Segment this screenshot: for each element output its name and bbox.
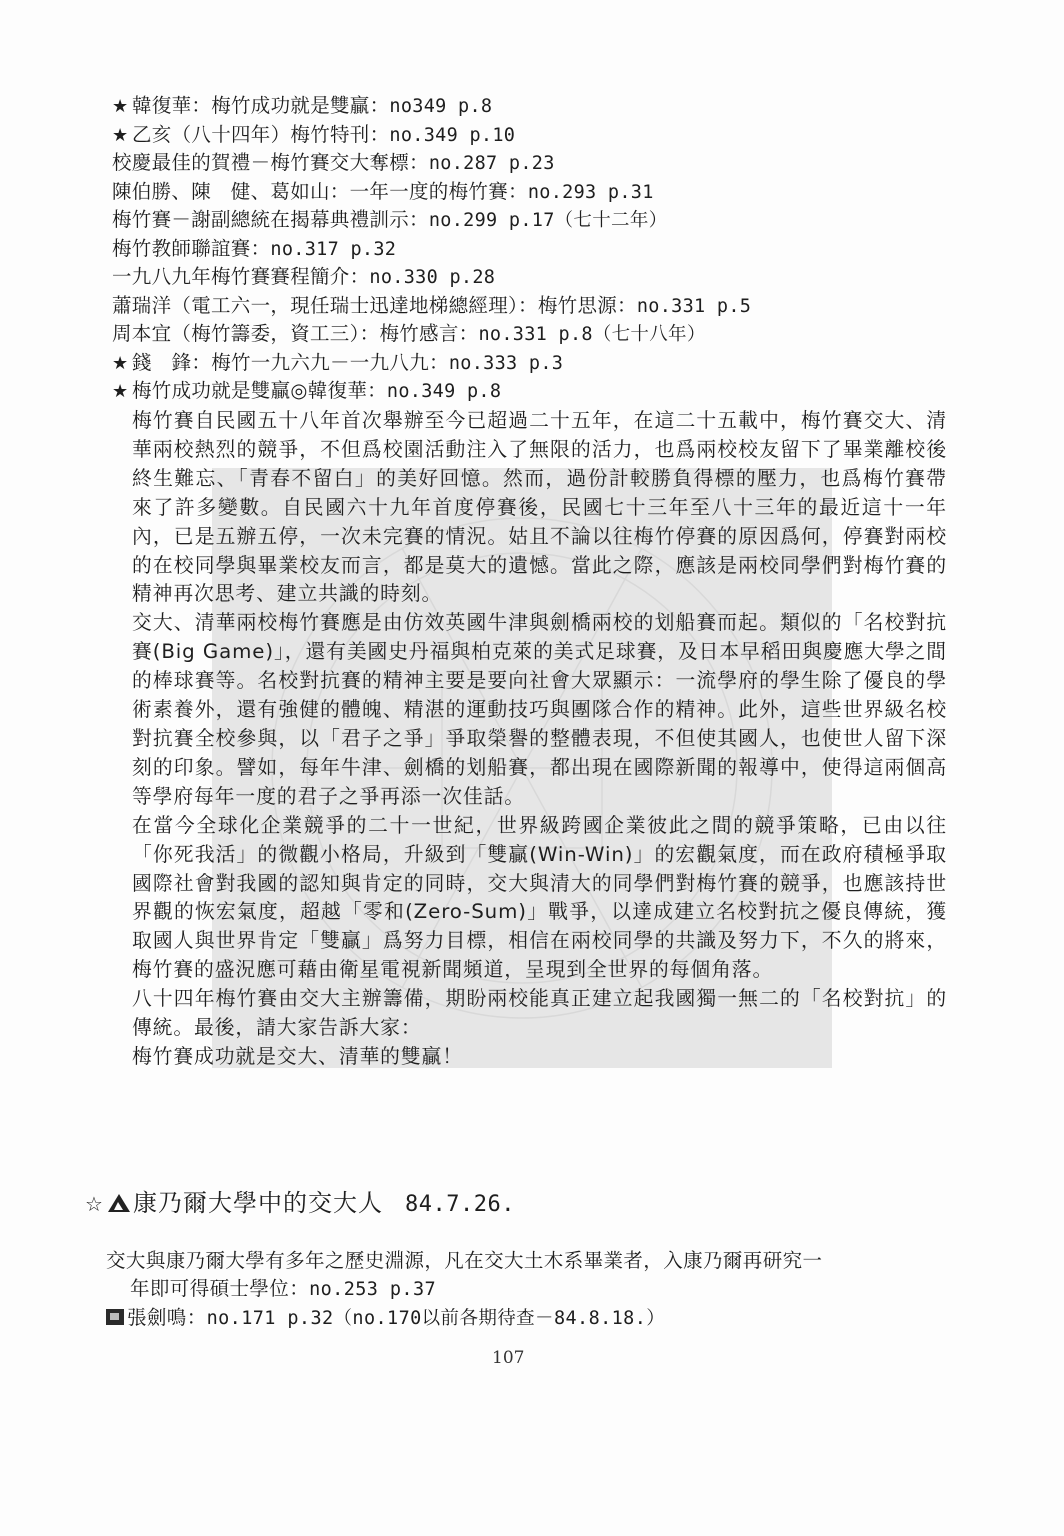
reference-item: 梅竹教師聯誼賽：no.317 p.32 bbox=[112, 235, 972, 264]
article-paragraph: 梅竹賽自民國五十八年首次舉辦至今已超過二十五年，在這二十五載中，梅竹賽交大、清華… bbox=[132, 407, 947, 609]
reference-item: ★韓復華：梅竹成功就是雙贏：no349 p.8 bbox=[112, 92, 972, 121]
cornell-reference: 張劍鳴：no.171 p.32（no.170以前各期待查－84.8.18.） bbox=[106, 1304, 966, 1333]
reference-list: ★韓復華：梅竹成功就是雙贏：no349 p.8 ★乙亥（八十四年）梅竹特刊：no… bbox=[112, 92, 972, 406]
article-closing: 梅竹賽成功就是交大、清華的雙贏！ bbox=[132, 1043, 947, 1072]
box-bullet-icon bbox=[106, 1309, 124, 1325]
reference-item: 蕭瑞洋（電工六一，現任瑞士迅達地梯總經理）：梅竹思源：no.331 p.5 bbox=[112, 292, 972, 321]
article-paragraph: 八十四年梅竹賽由交大主辦籌備，期盼兩校能真正建立起我國獨一無二的「名校對抗」的傳… bbox=[132, 985, 947, 1043]
outline-star-icon: ☆ bbox=[85, 1187, 107, 1221]
section-date: 84.7.26. bbox=[405, 1192, 515, 1217]
article-paragraph: 交大、清華兩校梅竹賽應是由仿效英國牛津與劍橋兩校的划船賽而起。類似的「名校對抗賽… bbox=[132, 609, 947, 811]
article-body: 梅竹賽自民國五十八年首次舉辦至今已超過二十五年，在這二十五載中，梅竹賽交大、清華… bbox=[132, 407, 947, 1072]
star-icon: ★ bbox=[112, 378, 132, 407]
reference-item: 一九八九年梅竹賽賽程簡介：no.330 p.28 bbox=[112, 263, 972, 292]
star-icon: ★ bbox=[112, 350, 132, 379]
star-icon: ★ bbox=[112, 122, 132, 151]
reference-item: 梅竹賽－謝副總統在揭幕典禮訓示：no.299 p.17（七十二年） bbox=[112, 206, 972, 235]
document-page: ★韓復華：梅竹成功就是雙贏：no349 p.8 ★乙亥（八十四年）梅竹特刊：no… bbox=[0, 0, 1064, 1536]
section-title: 康乃爾大學中的交大人 bbox=[133, 1189, 383, 1217]
cornell-section: 交大與康乃爾大學有多年之歷史淵源，凡在交大土木系畢業者，入康乃爾再研究一 年即可… bbox=[106, 1247, 966, 1333]
star-icon: ★ bbox=[112, 93, 132, 122]
page-number: 107 bbox=[492, 1348, 524, 1368]
reference-item: ★錢 鋒：梅竹一九六九－一九八九：no.333 p.3 bbox=[112, 349, 972, 378]
reference-item: 陳伯勝、陳 健、葛如山：一年一度的梅竹賽：no.293 p.31 bbox=[112, 178, 972, 207]
reference-item: ★梅竹成功就是雙贏◎韓復華：no.349 p.8 bbox=[112, 377, 972, 406]
reference-item: 校慶最佳的賀禮－梅竹賽交大奪標：no.287 p.23 bbox=[112, 149, 972, 178]
article-paragraph: 在當今全球化企業競爭的二十一世紀，世界級跨國企業彼此之間的競爭策略，已由以往「你… bbox=[132, 812, 947, 985]
triangle-logo-icon bbox=[107, 1193, 131, 1213]
section-heading: ☆康乃爾大學中的交大人84.7.26. bbox=[85, 1186, 515, 1220]
reference-item: ★乙亥（八十四年）梅竹特刊：no.349 p.10 bbox=[112, 121, 972, 150]
reference-item: 周本宜（梅竹籌委，資工三）：梅竹感言：no.331 p.8（七十八年） bbox=[112, 320, 972, 349]
cornell-paragraph-cont: 年即可得碩士學位：no.253 p.37 bbox=[106, 1275, 966, 1304]
cornell-paragraph: 交大與康乃爾大學有多年之歷史淵源，凡在交大土木系畢業者，入康乃爾再研究一 bbox=[106, 1247, 966, 1275]
